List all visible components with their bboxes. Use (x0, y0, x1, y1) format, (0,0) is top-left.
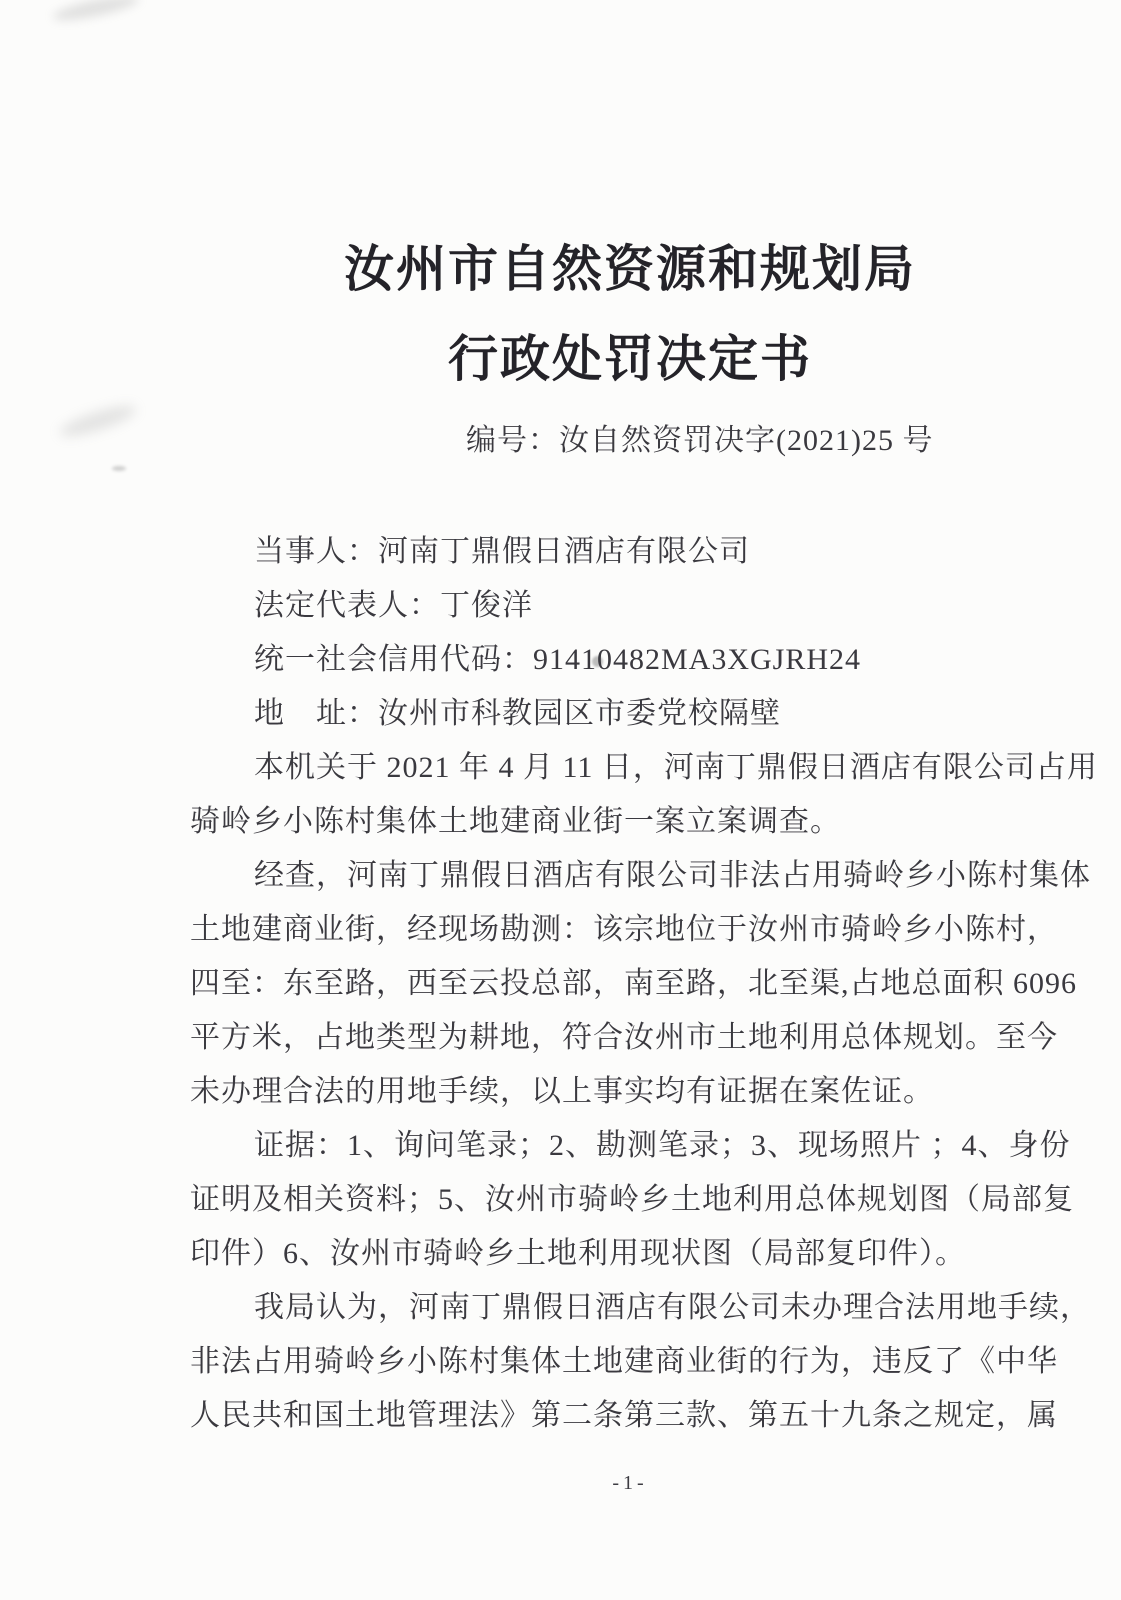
text-line: 当事人：河南丁鼎假日酒店有限公司 (190, 525, 1060, 579)
document-number: 编号：汝自然资罚决字(2021)25 号 (466, 418, 933, 464)
text-line: 平方米，占地类型为耕地，符合汝州市土地利用总体规划。至今 (190, 1011, 1060, 1065)
document-title-line2: 行政处罚决定书 (150, 314, 1110, 404)
text-line: 地 址：汝州市科教园区市委党校隔壁 (190, 687, 1060, 741)
text-line: 印件）6、汝州市骑岭乡土地利用现状图（局部复印件）。 (190, 1227, 1060, 1281)
text-line: 本机关于 2021 年 4 月 11 日，河南丁鼎假日酒店有限公司占用 (190, 741, 1060, 795)
text-line: 四至：东至路，西至云投总部，南至路，北至渠,占地总面积 6096 (190, 957, 1060, 1011)
document-title: 汝州市自然资源和规划局 行政处罚决定书 (150, 224, 1110, 404)
scan-artifact (57, 400, 139, 442)
document-page: 汝州市自然资源和规划局 行政处罚决定书 编号：汝自然资罚决字(2021)25 号… (0, 0, 1121, 1600)
page-number: -1- (150, 1472, 1110, 1495)
text-line: 未办理合法的用地手续，以上事实均有证据在案佐证。 (190, 1065, 1060, 1119)
text-line: 非法占用骑岭乡小陈村集体土地建商业街的行为，违反了《中华 (190, 1335, 1060, 1389)
document-title-line1: 汝州市自然资源和规划局 (150, 224, 1110, 314)
text-line: 统一社会信用代码：91410482MA3XGJRH24 (190, 633, 1060, 687)
scan-artifact (51, 0, 140, 25)
text-line: 证明及相关资料；5、汝州市骑岭乡土地利用总体规划图（局部复 (190, 1173, 1060, 1227)
text-line: 我局认为，河南丁鼎假日酒店有限公司未办理合法用地手续， (190, 1281, 1060, 1335)
scan-artifact (112, 466, 126, 471)
text-line: 法定代表人：丁俊洋 (190, 579, 1060, 633)
text-line: 骑岭乡小陈村集体土地建商业街一案立案调查。 (190, 795, 1060, 849)
text-line: 证据：1、询问笔录；2、勘测笔录；3、现场照片 ；4、身份 (190, 1119, 1060, 1173)
text-line: 土地建商业街，经现场勘测：该宗地位于汝州市骑岭乡小陈村， (190, 903, 1060, 957)
text-line: 经查，河南丁鼎假日酒店有限公司非法占用骑岭乡小陈村集体 (190, 849, 1060, 903)
text-line: 人民共和国土地管理法》第二条第三款、第五十九条之规定，属 (190, 1389, 1060, 1443)
document-body: 当事人：河南丁鼎假日酒店有限公司法定代表人：丁俊洋统一社会信用代码：914104… (190, 525, 1060, 1443)
